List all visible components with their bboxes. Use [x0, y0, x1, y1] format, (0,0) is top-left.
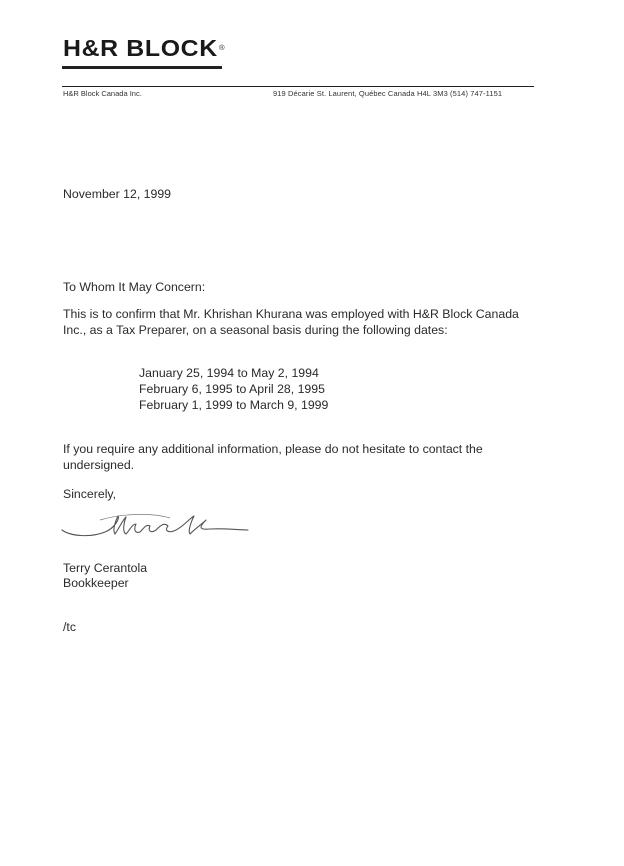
signer-name: Terry Cerantola [63, 560, 147, 576]
signer-title: Bookkeeper [63, 575, 129, 591]
body-paragraph-confirmation: This is to confirm that Mr. Khrishan Khu… [63, 306, 543, 338]
employment-period: February 6, 1995 to April 28, 1995 [139, 381, 328, 397]
company-logo: H&R BLOCK® [63, 37, 225, 60]
salutation: To Whom It May Concern: [63, 279, 205, 295]
body-paragraph-contact: If you require any additional informatio… [63, 441, 533, 473]
employment-period: January 25, 1994 to May 2, 1994 [139, 365, 328, 381]
employment-period: February 1, 1999 to March 9, 1999 [139, 397, 328, 413]
typist-initials: /tc [63, 619, 76, 635]
closing: Sincerely, [63, 486, 116, 502]
handwritten-signature [60, 508, 250, 548]
employment-periods-list: January 25, 1994 to May 2, 1994 February… [139, 365, 328, 413]
letter-page: H&R BLOCK® H&R Block Canada Inc. 919 Déc… [0, 0, 624, 866]
logo-text: H&R BLOCK [63, 35, 218, 61]
registered-trademark-icon: ® [219, 45, 225, 52]
letterhead-company-name: H&R Block Canada Inc. [63, 89, 142, 98]
letter-date: November 12, 1999 [63, 186, 171, 202]
letterhead-divider [62, 86, 534, 87]
logo-underline [62, 66, 222, 69]
letterhead-address: 919 Décarie St. Laurent, Québec Canada H… [273, 89, 502, 98]
